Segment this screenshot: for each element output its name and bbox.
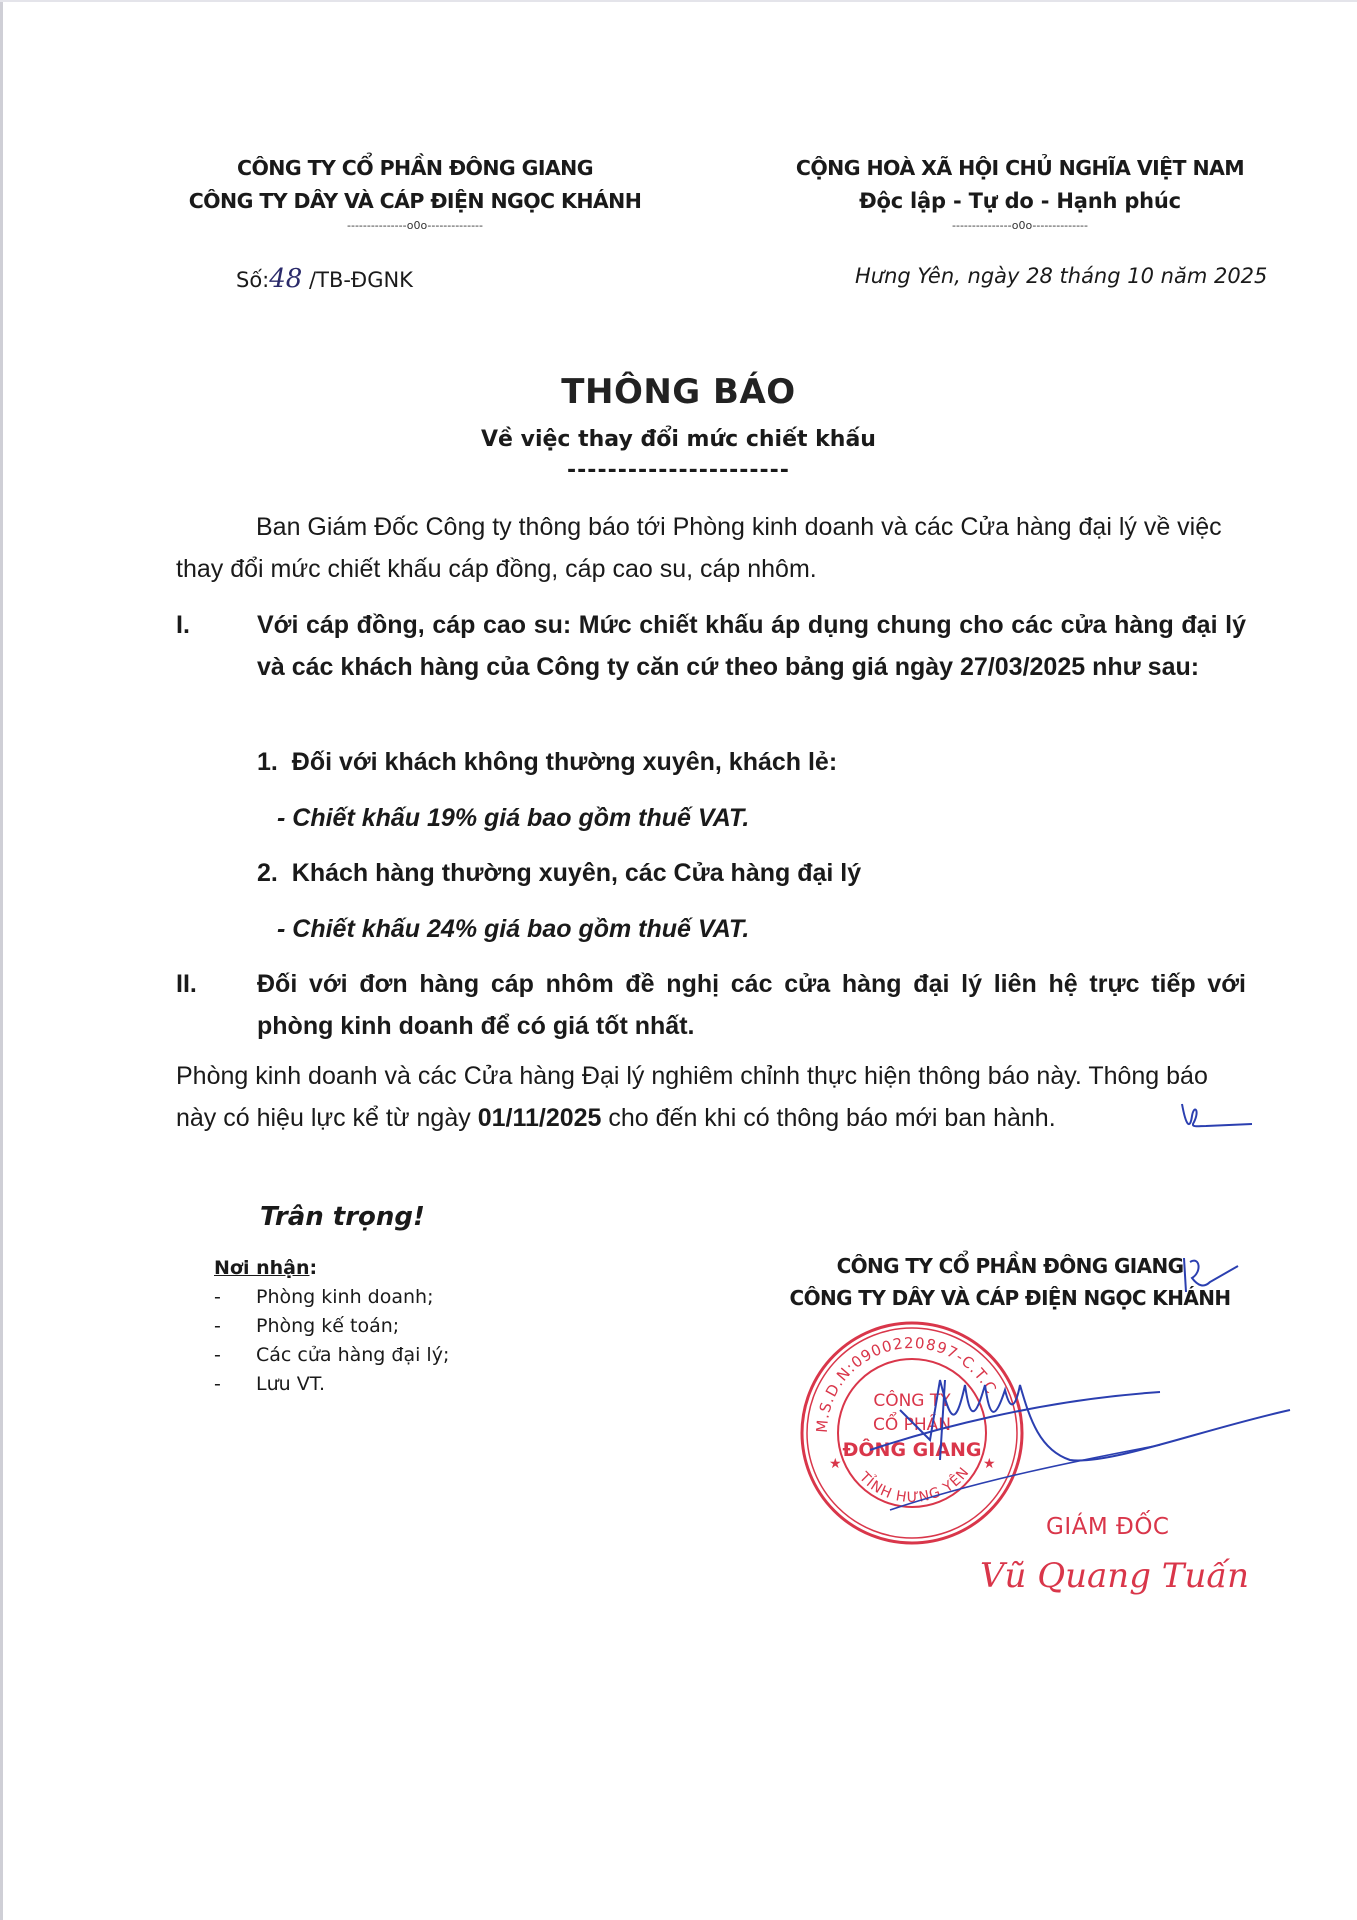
header-ornament: ---------------o0o-------------- [770, 218, 1270, 234]
section-numeral: I. [176, 604, 190, 646]
item-detail: - Chiết khấu 24% giá bao gồm thuế VAT. [277, 908, 749, 950]
list-item: 1. Đối với khách không thường xuyên, khá… [257, 741, 837, 783]
signer-title: GIÁM ĐỐC [1046, 1514, 1169, 1540]
item-text: Khách hàng thường xuyên, các Cửa hàng đạ… [292, 859, 861, 887]
scan-edge [0, 0, 3, 1920]
effective-date: 01/11/2025 [478, 1104, 602, 1132]
scan-edge-top [0, 0, 1357, 2]
item-detail: - Chiết khấu 19% giá bao gồm thuế VAT. [277, 797, 749, 839]
recipients-list: Nơi nhận: -Phòng kinh doanh; -Phòng kế t… [214, 1254, 449, 1399]
document-title: THÔNG BÁO [0, 372, 1357, 412]
section-text: Với cáp đồng, cáp cao su: Mức chiết khấu… [257, 604, 1246, 688]
company-name-line2: CÔNG TY DÂY VÀ CÁP ĐIỆN NGỌC KHÁNH [170, 185, 660, 218]
handwritten-initial-icon [1176, 1252, 1256, 1302]
section-text: Đối với đơn hàng cáp nhôm đề nghị các cử… [257, 963, 1246, 1047]
item-number: 1. [257, 748, 278, 776]
title-rule: ---------------------- [0, 458, 1357, 483]
item-text: Đối với khách không thường xuyên, khách … [292, 748, 837, 776]
regards: Trân trọng! [260, 1202, 425, 1232]
signature-icon [780, 1300, 1300, 1560]
signer-name: Vũ Quang Tuấn [980, 1556, 1249, 1596]
handwritten-initial-icon [1176, 1096, 1256, 1136]
closing-text-2: cho đến khi có thông báo mới ban hành. [601, 1104, 1055, 1132]
recipients-label: Nơi nhận [214, 1257, 309, 1279]
recipient-item: -Các cửa hàng đại lý; [214, 1341, 449, 1370]
section-1: I. Với cáp đồng, cáp cao su: Mức chiết k… [176, 604, 1246, 688]
doc-number-handwritten: 48 [269, 264, 302, 294]
doc-number-suffix: /TB-ĐGNK [302, 268, 413, 292]
recipient-item: -Phòng kinh doanh; [214, 1283, 449, 1312]
section-numeral: II. [176, 963, 197, 1005]
recipient-item: -Phòng kế toán; [214, 1312, 449, 1341]
national-motto: Độc lập - Tự do - Hạnh phúc [770, 185, 1270, 218]
closing-paragraph: Phòng kinh doanh và các Cửa hàng Đại lý … [176, 1055, 1246, 1139]
bullet: - [214, 1370, 256, 1399]
recipients-colon: : [309, 1257, 317, 1279]
recipient-item: -Lưu VT. [214, 1370, 449, 1399]
header-ornament: ---------------o0o-------------- [170, 218, 660, 234]
document-subtitle: Về việc thay đổi mức chiết khấu [0, 427, 1357, 452]
national-header: CỘNG HOÀ XÃ HỘI CHỦ NGHĨA VIỆT NAM Độc l… [770, 152, 1270, 234]
list-item: 2. Khách hàng thường xuyên, các Cửa hàng… [257, 852, 861, 894]
bullet: - [214, 1283, 256, 1312]
recipient-text: Phòng kế toán; [256, 1312, 399, 1341]
bullet: - [214, 1312, 256, 1341]
recipient-text: Lưu VT. [256, 1370, 325, 1399]
recipient-text: Các cửa hàng đại lý; [256, 1341, 449, 1370]
item-number: 2. [257, 859, 278, 887]
recipient-text: Phòng kinh doanh; [256, 1283, 434, 1312]
document-number: Số:48 /TB-ĐGNK [236, 264, 413, 294]
bullet: - [214, 1341, 256, 1370]
national-title: CỘNG HOÀ XÃ HỘI CHỦ NGHĨA VIỆT NAM [770, 152, 1270, 185]
section-2: II. Đối với đơn hàng cáp nhôm đề nghị cá… [176, 963, 1246, 1047]
company-name-line1: CÔNG TY CỔ PHẦN ĐÔNG GIANG [170, 152, 660, 185]
doc-number-prefix: Số: [236, 268, 269, 292]
company-header: CÔNG TY CỔ PHẦN ĐÔNG GIANG CÔNG TY DÂY V… [170, 152, 660, 234]
intro-paragraph: Ban Giám Đốc Công ty thông báo tới Phòng… [176, 506, 1246, 590]
place-date: Hưng Yên, ngày 28 tháng 10 năm 2025 [855, 264, 1267, 288]
